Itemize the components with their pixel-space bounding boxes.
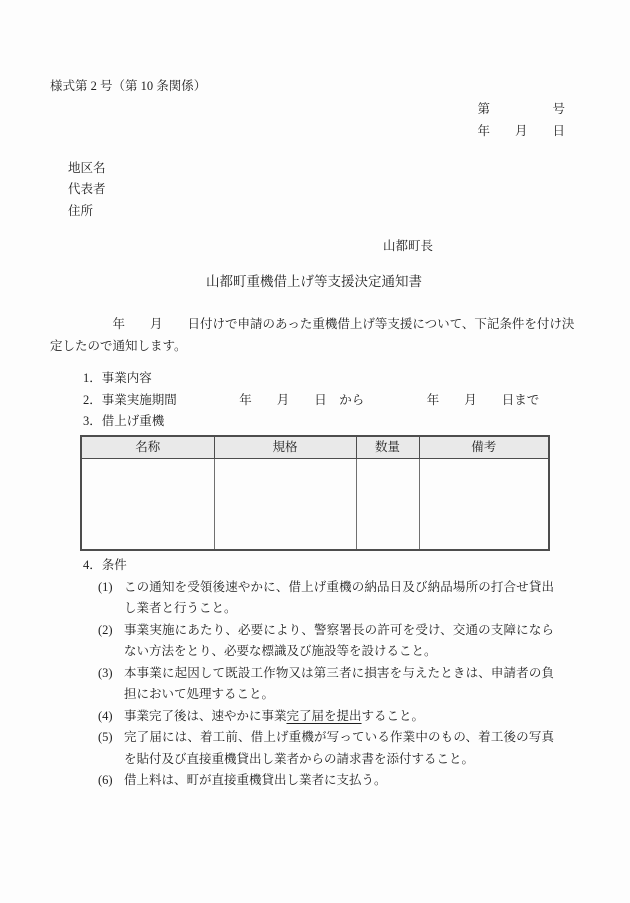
conditions-list: (1) この通知を受領後速やかに、借上げ重機の納品日及び納品場所の打合せ貸出し業…: [50, 577, 578, 792]
machinery-table: 名称 規格 数量 備考: [80, 435, 550, 552]
section-3-heading: 3．借上げ重機: [83, 411, 578, 433]
sender-name: 山都町長: [50, 236, 578, 258]
section-2-heading: 2．事業実施期間 年 月 日 から 年 月 日まで: [83, 390, 578, 412]
section-1-heading: 1．事業内容: [83, 368, 578, 390]
condition-number: (6): [98, 770, 124, 792]
condition-number: (5): [98, 727, 124, 749]
underlined-text: 完了届を提出: [287, 709, 362, 723]
document-page: 様式第 2 号（第 10 条関係） 第 号 年 月 日 地区名 代表者 住所 山…: [0, 0, 630, 903]
condition-number: (3): [98, 663, 124, 685]
condition-text-pre: 事業完了後は、速やかに事業: [124, 709, 287, 723]
condition-text: 借上料は、町が直接重機貸出し業者に支払う。: [124, 770, 554, 792]
condition-text-post: すること。: [362, 709, 425, 723]
address-label: 住所: [68, 201, 578, 223]
condition-text: 事業実施にあたり、必要により、警察署長の許可を受け、交通の支障にならない方法をと…: [124, 620, 554, 663]
table-row: [81, 459, 549, 551]
condition-item-3: (3) 本事業に起因して既設工作物又は第三者に損害を与えたときは、申請者の負担に…: [50, 663, 578, 706]
condition-text: 完了届には、着工前、借上げ重機が写っている作業中のもの、着工後の写真を貼付及び直…: [124, 727, 554, 770]
section-4-heading: 4．条件: [50, 555, 578, 577]
district-name-label: 地区名: [68, 158, 578, 180]
document-title: 山都町重機借上げ等支援決定通知書: [50, 271, 578, 293]
numbered-sections: 1．事業内容 2．事業実施期間 年 月 日 から 年 月 日まで 3．借上げ重機: [50, 368, 578, 433]
table-header-remarks: 備考: [419, 436, 549, 459]
table-cell-quantity: [356, 459, 419, 551]
intro-line-1: 年 月 日付けで申請のあった重機借上げ等支援について、下記条件を付け決: [50, 314, 578, 336]
table-header-quantity: 数量: [356, 436, 419, 459]
condition-text: この通知を受領後速やかに、借上げ重機の納品日及び納品場所の打合せ貸出し業者と行う…: [124, 577, 554, 620]
condition-item-1: (1) この通知を受領後速やかに、借上げ重機の納品日及び納品場所の打合せ貸出し業…: [50, 577, 578, 620]
recipient-block: 地区名 代表者 住所: [50, 158, 578, 223]
intro-paragraph: 年 月 日付けで申請のあった重機借上げ等支援について、下記条件を付け決 定したの…: [50, 314, 578, 357]
document-date-line: 年 月 日: [50, 120, 565, 142]
condition-item-5: (5) 完了届には、着工前、借上げ重機が写っている作業中のもの、着工後の写真を貼…: [50, 727, 578, 770]
table-cell-spec: [214, 459, 356, 551]
condition-text: 事業完了後は、速やかに事業完了届を提出すること。: [124, 706, 554, 728]
document-number-line: 第 号: [50, 98, 565, 120]
condition-item-4: (4) 事業完了後は、速やかに事業完了届を提出すること。: [50, 706, 578, 728]
table-cell-name: [81, 459, 214, 551]
condition-text: 本事業に起因して既設工作物又は第三者に損害を与えたときは、申請者の負担において処…: [124, 663, 554, 706]
table-cell-remarks: [419, 459, 549, 551]
form-number-label: 様式第 2 号（第 10 条関係）: [50, 76, 578, 98]
table-header-row: 名称 規格 数量 備考: [81, 436, 549, 459]
intro-line-2: 定したので通知します。: [50, 336, 578, 358]
condition-number: (1): [98, 577, 124, 599]
table-header-spec: 規格: [214, 436, 356, 459]
table-header-name: 名称: [81, 436, 214, 459]
document-number-block: 第 号 年 月 日: [50, 98, 565, 142]
condition-item-6: (6) 借上料は、町が直接重機貸出し業者に支払う。: [50, 770, 578, 792]
condition-number: (4): [98, 706, 124, 728]
condition-number: (2): [98, 620, 124, 642]
representative-label: 代表者: [68, 179, 578, 201]
condition-item-2: (2) 事業実施にあたり、必要により、警察署長の許可を受け、交通の支障にならない…: [50, 620, 578, 663]
